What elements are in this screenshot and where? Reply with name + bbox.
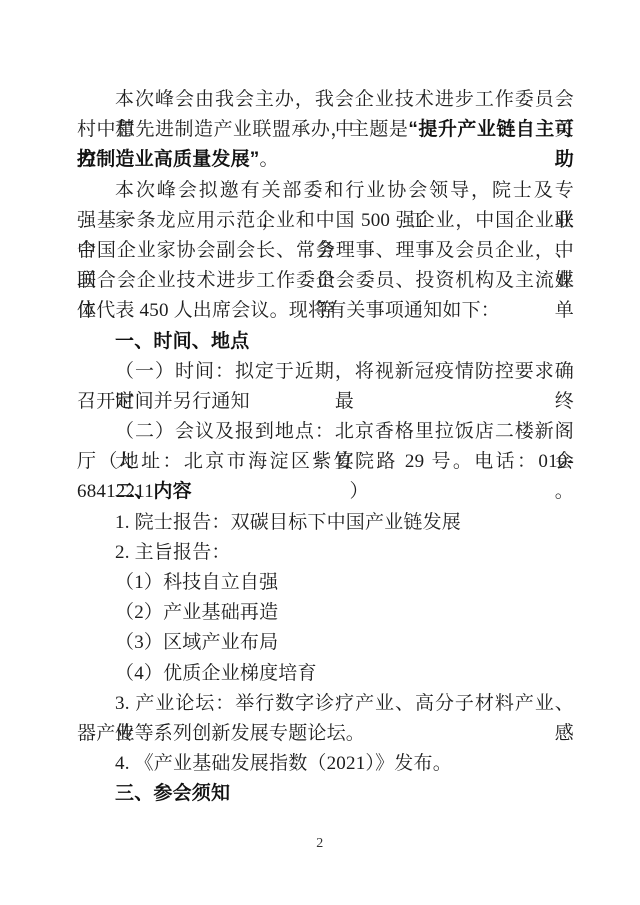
text-line: （二）会议及报到地点：北京香格里拉饭店二楼新阁大宴会 (77, 417, 574, 447)
text-segment: 4. 《产业基础发展指数（2021）》发布。 (115, 753, 452, 774)
text-line: 4. 《产业基础发展指数（2021）》发布。 (77, 749, 574, 779)
text-segment: （3）区域产业布局 (115, 632, 278, 653)
text-line: 3. 产业论坛：举行数字诊疗产业、高分子材料产业、传感 (77, 689, 574, 719)
text-line: 2. 主旨报告： (77, 538, 574, 568)
page-number: 2 (0, 836, 640, 852)
text-line: 中国企业家协会副会长、常务理事、理事及会员企业，中国企业 (77, 236, 574, 266)
text-segment: 村中慧先进制造产业联盟承办，主题是 (77, 119, 408, 140)
text-line: 厅（地址：北京市海淀区紫竹院路 29 号。电话：010-68412211）。 (77, 447, 574, 477)
text-line: 联合会企业技术进步工作委员会委员、投资机构及主流媒体等单 (77, 266, 574, 296)
text-line: 本次峰会拟邀有关部委和行业协会领导，院士及专家，工业 (77, 176, 574, 206)
text-line: （一）时间：拟定于近期，将视新冠疫情防控要求确定最终 (77, 357, 574, 387)
text-segment: 。 (260, 149, 279, 170)
text-segment: 1. 院士报告：双碳目标下中国产业链发展 (115, 512, 461, 533)
text-line: （2）产业基础再造 (77, 598, 574, 628)
text-line: 位代表 450 人出席会议。现将有关事项通知如下： (77, 296, 574, 326)
text-segment: 2. 主旨报告： (115, 542, 231, 563)
text-segment: （2）产业基础再造 (115, 602, 278, 623)
text-line: （3）区域产业布局 (77, 628, 574, 658)
text-line: 1. 院士报告：双碳目标下中国产业链发展 (77, 508, 574, 538)
text-segment: （1）科技自立自强 (115, 572, 278, 593)
document-page: 本次峰会由我会主办，我会企业技术进步工作委员会和中关村中慧先进制造产业联盟承办，… (0, 0, 640, 905)
bold-text-segment: 三、参会须知 (115, 783, 230, 804)
heading-line: 三、参会须知 (77, 779, 574, 809)
text-segment: 位代表 450 人出席会议。现将有关事项通知如下： (77, 300, 500, 321)
text-line: （4）优质企业梯度培育 (77, 659, 574, 689)
text-line: 本次峰会由我会主办，我会企业技术进步工作委员会和中关 (77, 85, 574, 115)
text-line: 村中慧先进制造产业联盟承办，主题是“提升产业链自主可控 助 (77, 115, 574, 145)
text-segment: 召开时间并另行通知 (77, 391, 250, 412)
text-line: （1）科技自立自强 (77, 568, 574, 598)
text-line: 强基一条龙应用示范企业和中国 500 强企业，中国企业联合会、 (77, 206, 574, 236)
text-segment: 器产业等系列创新发展专题论坛。 (77, 723, 365, 744)
document-content: 本次峰会由我会主办，我会企业技术进步工作委员会和中关村中慧先进制造产业联盟承办，… (77, 85, 574, 810)
bold-text-segment: 力制造业高质量发展” (77, 149, 260, 170)
text-segment: （4）优质企业梯度培育 (115, 663, 317, 684)
bold-text-segment: 二、内容 (115, 481, 192, 502)
heading-line: 一、时间、地点 (77, 327, 574, 357)
bold-text-segment: 一、时间、地点 (115, 331, 249, 352)
